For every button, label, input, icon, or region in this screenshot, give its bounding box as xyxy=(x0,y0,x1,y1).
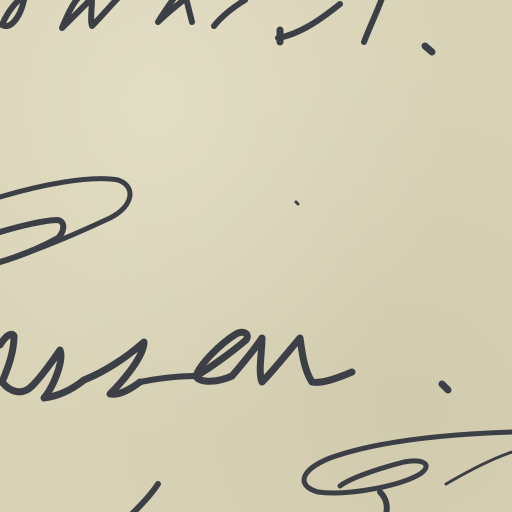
handwriting-ink xyxy=(0,0,512,512)
line-1-strokes xyxy=(2,0,432,52)
line-2-strokes xyxy=(0,179,298,262)
line-3-strokes xyxy=(0,332,448,398)
handwritten-page: ...omms f. (loop stroke) ...assen . ...A… xyxy=(0,0,512,512)
line-4-strokes xyxy=(132,432,512,512)
